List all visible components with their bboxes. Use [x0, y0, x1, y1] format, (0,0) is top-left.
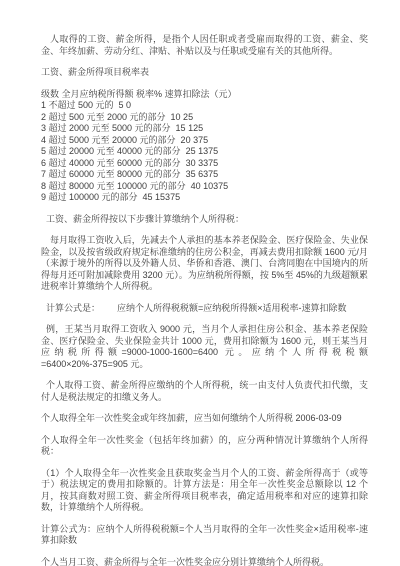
formula1-label: 计算公式是： — [46, 303, 100, 313]
tax-table-row: 9 超过 100000 元的部分 45 15375 — [41, 192, 368, 204]
bonus-case1-paragraph: （1）个人取得全年一次性奖金且获取奖金当月个人的工资、薪金所得高于（或等于）税法… — [41, 468, 368, 514]
formula2-paragraph: 计算公式为：应纳个人所得税税额=个人当月取得的全年一次性奖金×适用税率-速算扣除… — [41, 524, 368, 547]
steps-intro-paragraph: 工资、薪金所得按以下步骤计算缴纳个人所得税： — [41, 214, 368, 226]
tax-table-row: 8 超过 80000 元至 100000 元的部分 40 10375 — [41, 181, 368, 193]
example-paragraph: 例，王某当月取得工资收入 9000 元，当月个人承担住房公积金、基本养老保险金、… — [41, 324, 368, 370]
tax-table-row: 1 不超过 500 元的 5 0 — [41, 100, 368, 112]
formula1-expression: 应纳个人所得税税额=应纳税所得额×适用税率-速算扣除数 — [117, 303, 347, 313]
deduction-rules-paragraph: 每月取得工资收入后，先减去个人承担的基本养老保险金、医疗保险金、失业保险金，以及… — [41, 235, 368, 293]
tax-rate-table: 级数 全月应纳税所得额 税率% 速算扣除法（元） 1 不超过 500 元的 5 … — [41, 89, 368, 204]
tax-table-row: 3 超过 2000 元至 5000 元的部分 15 125 — [41, 123, 368, 135]
tax-table-row: 4 超过 5000 元至 20000 元的部分 20 375 — [41, 135, 368, 147]
intro-paragraph: 人取得的工资、薪金所得，是指个人因任职或者受雇而取得的工资、薪金、奖金、年终加薪… — [41, 34, 368, 57]
tax-table-row: 7 超过 60000 元至 80000 元的部分 35 6375 — [41, 169, 368, 181]
tax-table-row: 6 超过 40000 元至 60000 元的部分 30 3375 — [41, 158, 368, 170]
formula2-label: 计算公式为： — [41, 524, 96, 534]
bonus-heading-date: 2006-03-09 — [296, 413, 342, 423]
tax-table-row: 5 超过 20000 元至 40000 元的部分 25 1375 — [41, 146, 368, 158]
tax-table-rows: 1 不超过 500 元的 5 02 超过 500 元至 2000 元的部分 10… — [41, 100, 368, 204]
bonus-heading: 个人取得全年一次性奖金或年终加薪，应当如何缴纳个人所得税 2006-03-09 — [41, 413, 368, 425]
tax-table-title: 工资、薪金所得项目税率表 — [41, 67, 368, 79]
withholding-paragraph: 个人取得工资、薪金所得应缴纳的个人所得税，统一由支付人负责代扣代缴，支付人是税法… — [41, 380, 368, 403]
formula1-paragraph: 计算公式是：应纳个人所得税税额=应纳税所得额×适用税率-速算扣除数 — [41, 303, 368, 315]
bonus-separate-paragraph: 个人当月工资、薪金所得与全年一次性奖金应分别计算缴纳个人所得税。 — [41, 557, 368, 566]
document-page: 人取得的工资、薪金所得，是指个人因任职或者受雇而取得的工资、薪金、奖金、年终加薪… — [0, 0, 400, 566]
bonus-heading-text: 个人取得全年一次性奖金或年终加薪，应当如何缴纳个人所得税 — [41, 413, 293, 423]
tax-table-header: 级数 全月应纳税所得额 税率% 速算扣除法（元） — [41, 89, 368, 101]
tax-table-row: 2 超过 500 元至 2000 元的部分 10 25 — [41, 112, 368, 124]
bonus-intro-paragraph: 个人取得全年一次性奖金（包括年终加薪）的，应分两种情况计算缴纳个人所得税： — [41, 435, 368, 458]
